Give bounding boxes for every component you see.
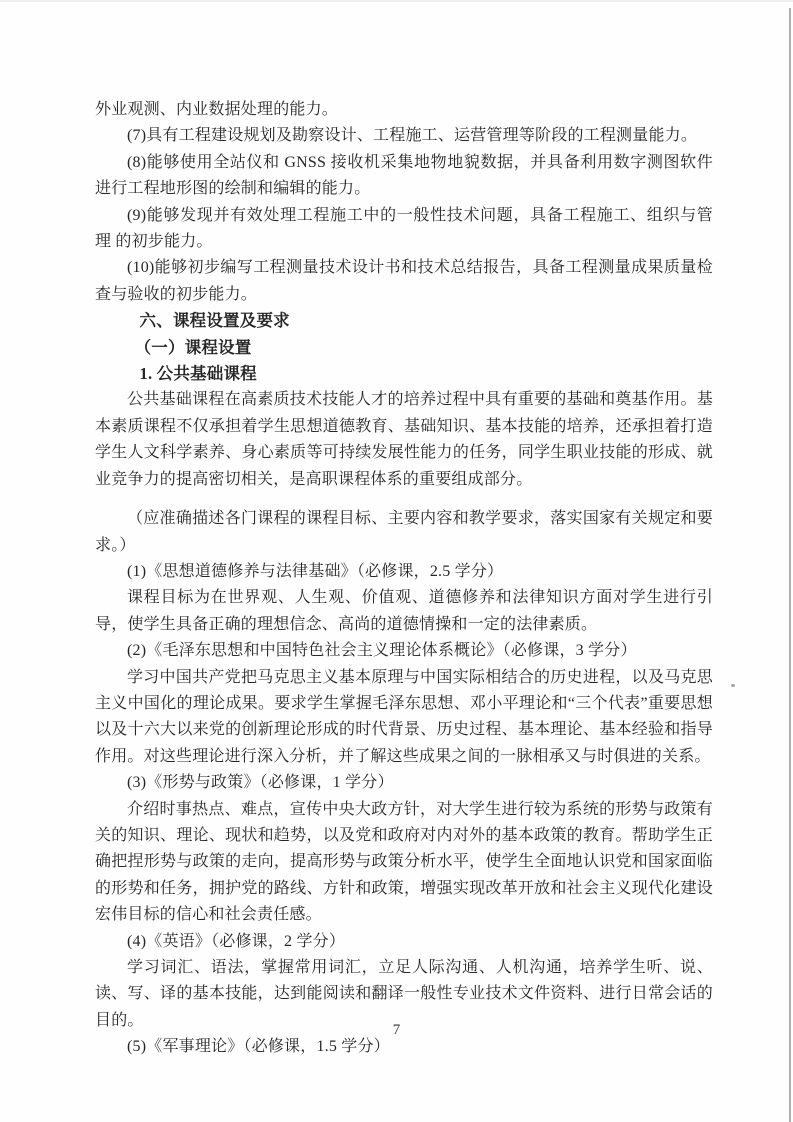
course-title-1: (1)《思想道德修养与法律基础》（必修课，2.5 学分） [95, 559, 713, 585]
document-content: 外业观测、内业数据处理的能力。 (7)具有工程建设规划及勘察设计、工程施工、运营… [95, 97, 713, 1061]
course-title-2: (2)《毛泽东思想和中国特色社会主义理论体系概论》（必修课，3 学分） [95, 638, 713, 664]
section-heading-6: 六、课程设置及要求 [95, 308, 713, 334]
scan-edge-right [789, 8, 791, 1122]
paragraph-public-courses: 公共基础课程在高素质技术技能人才的培养过程中具有重要的基础和奠基作用。基本素质课… [95, 387, 713, 493]
paragraph-item-10: (10)能够初步编写工程测量技术设计书和技术总结报告，具备工程测量成果质量检查与… [95, 255, 713, 308]
page-number: 7 [0, 1022, 793, 1039]
paragraph-note: （应准确描述各门课程的课程目标、主要内容和教学要求，落实国家有关规定和要求。） [95, 506, 713, 559]
document-page: 外业观测、内业数据处理的能力。 (7)具有工程建设规划及勘察设计、工程施工、运营… [0, 0, 793, 1122]
paragraph-continued: 外业观测、内业数据处理的能力。 [95, 97, 713, 123]
course-title-4: (4)《英语》（必修课，2 学分） [95, 929, 713, 955]
scan-artifact-dot [731, 684, 735, 687]
scan-edge-top [0, 0, 793, 2]
subsection-heading-courses: 1. 公共基础课程 [95, 361, 713, 387]
course-desc-3: 介绍时事热点、难点，宣传中央大政方针，对大学生进行较为系统的形势与政策有关的知识… [95, 797, 713, 929]
course-desc-2: 学习中国共产党把马克思主义基本原理与中国实际相结合的历史进程，以及马克思主义中国… [95, 665, 713, 771]
paragraph-item-7: (7)具有工程建设规划及勘察设计、工程施工、运营管理等阶段的工程测量能力。 [95, 123, 713, 149]
subsection-heading-1: （一）课程设置 [95, 335, 713, 361]
paragraph-item-9: (9)能够发现并有效处理工程施工中的一般性技术问题，具备工程施工、组织与管理 的… [95, 203, 713, 256]
course-desc-1: 课程目标为在世界观、人生观、价值观、道德修养和法律知识方面对学生进行引导，使学生… [95, 585, 713, 638]
paragraph-item-8: (8)能够使用全站仪和 GNSS 接收机采集地物地貌数据，并具备利用数字测图软件… [95, 150, 713, 203]
course-title-3: (3)《形势与政策》（必修课，1 学分） [95, 770, 713, 796]
